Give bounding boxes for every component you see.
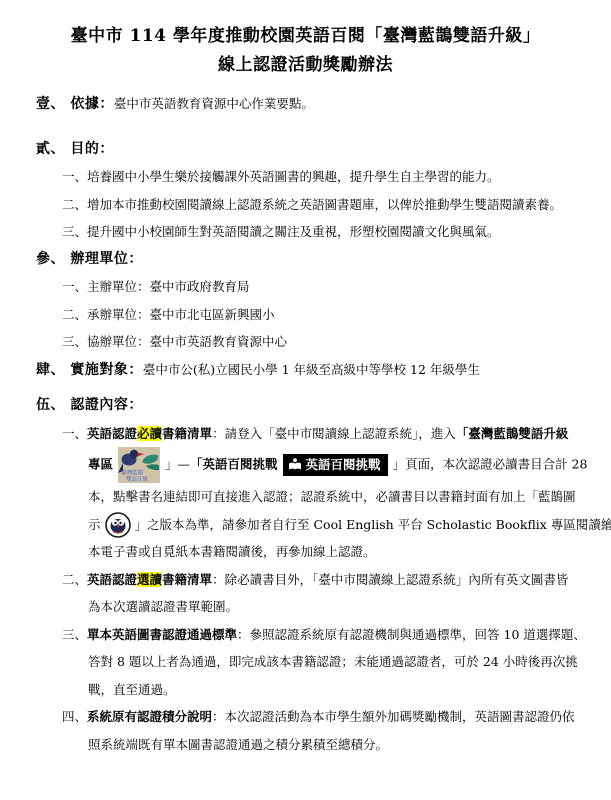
cert-item-3-text-1: ：參照認證系統原有認證機制與通過標準，回答 10 道選擇題、	[237, 627, 586, 642]
cert-item-1-text-1: ：請登入「臺中市閱讀線上認證系統」，進入	[212, 426, 456, 441]
cert-item-2-highlight: 選讀	[137, 572, 162, 587]
cert-item-1-text-5: 」之版本為準，請參加者自行至 Cool English 平台 Scholasti…	[135, 517, 611, 532]
cert-item-4-line-2: 照系統端既有單本圖書認證通過之積分累積至總積分。	[36, 731, 575, 759]
cert-item-3-line-2: 答對 8 題以上者為通過，即完成該本書籍認證；未能通過認證者，可於 24 小時後…	[36, 648, 575, 676]
cert-item-2-bold-tail: 書籍清單	[162, 572, 212, 587]
cert-item-1-line-3: 本，點擊書名連結即可直接進入認證；認證系統中，必讀書目以書籍封面有加上「藍鵲圖	[36, 483, 575, 511]
challenge-badge: 英語百閱挑戰	[283, 454, 388, 476]
cert-item-1-zone-suffix: 專區	[88, 457, 113, 472]
cert-item-1: 一、英語認證必讀書籍清單：請登入「臺中市閱讀線上認證系統」，進入「臺灣藍鵲雙語升…	[36, 420, 575, 566]
cert-item-4: 四、系統原有認證積分說明：本次認證活動為本市學生額外加碼獎勵機制，英語圖書認證仍…	[36, 703, 575, 758]
document-title: 臺中市 114 學年度推動校園英語百閱「臺灣藍鵲雙語升級」 線上認證活動獎勵辦法	[36, 22, 575, 80]
cert-item-1-line-2: 專區 臺灣藍鵲 雙語升級 」—「英語百閱挑戰 英語百閱挑戰」頁面，本次認證必讀	[36, 447, 575, 483]
cert-item-1-text-2: 」—	[165, 457, 190, 472]
taiwan-blue-magpie-logo-icon: 臺灣藍鵲 雙語升級	[118, 447, 160, 483]
section-purpose-heading: 貳、 目的：	[36, 136, 575, 164]
section-target-heading: 肆、 實施對象：	[36, 362, 143, 378]
section-target-text: 臺中市公(私)立國民小學 1 年級至高級中等學校 12 年級學生	[143, 362, 480, 377]
cert-item-1-line-1: 一、英語認證必讀書籍清單：請登入「臺中市閱讀線上認證系統」，進入「臺灣藍鵲雙語升…	[36, 420, 575, 448]
cert-item-1-bold-tail: 書籍清單	[162, 426, 212, 441]
cert-item-2: 二、英語認證選讀書籍清單：除必讀書目外，「臺中市閱讀線上認證系統」內所有英文圖書…	[36, 566, 575, 621]
purpose-item-2: 二、增加本市推動校園閱讀線上認證系統之英語圖書題庫，以俾於推動學生雙語閱讀素養。	[36, 191, 575, 219]
cert-item-2-line-2: 為本次選讀認證書單範圍。	[36, 593, 575, 621]
cert-item-4-number: 四、	[62, 709, 87, 724]
cert-item-2-line-1: 二、英語認證選讀書籍清單：除必讀書目外，「臺中市閱讀線上認證系統」內所有英文圖書…	[36, 566, 575, 594]
document-page: 臺中市 114 學年度推動校園英語百閱「臺灣藍鵲雙語升級」 線上認證活動獎勵辦法…	[0, 0, 611, 800]
cert-item-3-number: 三、	[62, 627, 87, 642]
cert-item-1-text-4: 示	[88, 517, 101, 532]
purpose-item-3: 三、提升國中小校園師生對英語閱讀之關注及重視，形塑校園閱讀文化與風氣。	[36, 218, 575, 246]
cert-item-3-line-3: 戰，直至通過。	[36, 676, 575, 704]
section-organizers: 參、 辦理單位： 一、主辦單位：臺中市政府教育局 二、承辦單位：臺中市北屯區新興…	[36, 246, 575, 356]
section-basis: 壹、 依據：臺中市英語教育資源中心作業要點。	[36, 90, 575, 119]
cert-item-3-bold: 單本英語圖書認證通過標準	[87, 627, 237, 642]
title-line-2: 線上認證活動獎勵辦法	[36, 51, 575, 80]
cert-item-1-bold-lead: 英語認證	[87, 426, 137, 441]
cert-item-1-highlight: 必讀	[137, 426, 162, 441]
organizer-item-1: 一、主辦單位：臺中市政府教育局	[36, 273, 575, 301]
cert-item-1-line-5: 本電子書或自覓紙本書籍閱讀後，再參加線上認證。	[36, 538, 575, 566]
cert-item-2-bold-lead: 英語認證	[87, 572, 137, 587]
cert-item-4-bold: 系統原有認證積分說明	[87, 709, 212, 724]
logo-caption-line-2: 雙語升級	[126, 475, 149, 483]
section-basis-heading: 壹、 依據：	[36, 96, 114, 112]
reader-icon	[288, 458, 302, 471]
cert-item-2-number: 二、	[62, 572, 87, 587]
section-purpose: 貳、 目的： 一、培養國中小學生樂於接觸課外英語圖書的興趣，提升學生自主學習的能…	[36, 136, 575, 246]
section-target: 肆、 實施對象：臺中市公(私)立國民小學 1 年級至高級中等學校 12 年級學生	[36, 356, 575, 385]
organizer-item-2: 二、承辦單位：臺中市北屯區新興國小	[36, 301, 575, 329]
organizer-item-3: 三、協辦單位：臺中市英語教育資源中心	[36, 328, 575, 356]
cert-item-2-text-1: ：除必讀書目外，「臺中市閱讀線上認證系統」內所有英文圖書皆	[212, 572, 568, 587]
cert-item-3: 三、單本英語圖書認證通過標準：參照認證系統原有認證機制與通過標準，回答 10 道…	[36, 621, 575, 704]
magpie-circle-icon	[105, 512, 131, 538]
cert-item-4-line-1: 四、系統原有認證積分說明：本次認證活動為本市學生額外加碼獎勵機制，英語圖書認證仍…	[36, 703, 575, 731]
section-content-heading: 伍、 認證內容：	[36, 392, 575, 420]
cert-item-4-text-1: ：本次認證活動為本市學生額外加碼獎勵機制，英語圖書認證仍依	[212, 709, 575, 724]
logo-caption-line-1: 臺灣藍鵲	[121, 469, 144, 477]
cert-item-3-line-1: 三、單本英語圖書認證通過標準：參照認證系統原有認證機制與通過標準，回答 10 道…	[36, 621, 575, 649]
challenge-badge-label: 英語百閱挑戰	[306, 457, 381, 472]
section-basis-text: 臺中市英語教育資源中心作業要點。	[114, 96, 314, 111]
section-organizers-heading: 參、 辦理單位：	[36, 246, 575, 274]
cert-item-1-text-3: 」頁面，本次認證必讀書目合計 28	[393, 457, 588, 472]
section-content: 伍、 認證內容： 一、英語認證必讀書籍清單：請登入「臺中市閱讀線上認證系統」，進…	[36, 392, 575, 758]
title-line-1: 臺中市 114 學年度推動校園英語百閱「臺灣藍鵲雙語升級」	[36, 22, 575, 51]
cert-item-1-line-4: 示 」之版本為準，請參加者自行至 Cool English 平台 Scholas…	[36, 511, 575, 539]
cert-item-1-bold-challenge: 「英語百閱挑戰	[190, 457, 278, 472]
purpose-item-1: 一、培養國中小學生樂於接觸課外英語圖書的興趣，提升學生自主學習的能力。	[36, 163, 575, 191]
cert-item-1-bold-zone: 「臺灣藍鵲雙語升級	[456, 426, 569, 441]
cert-item-1-number: 一、	[62, 426, 87, 441]
